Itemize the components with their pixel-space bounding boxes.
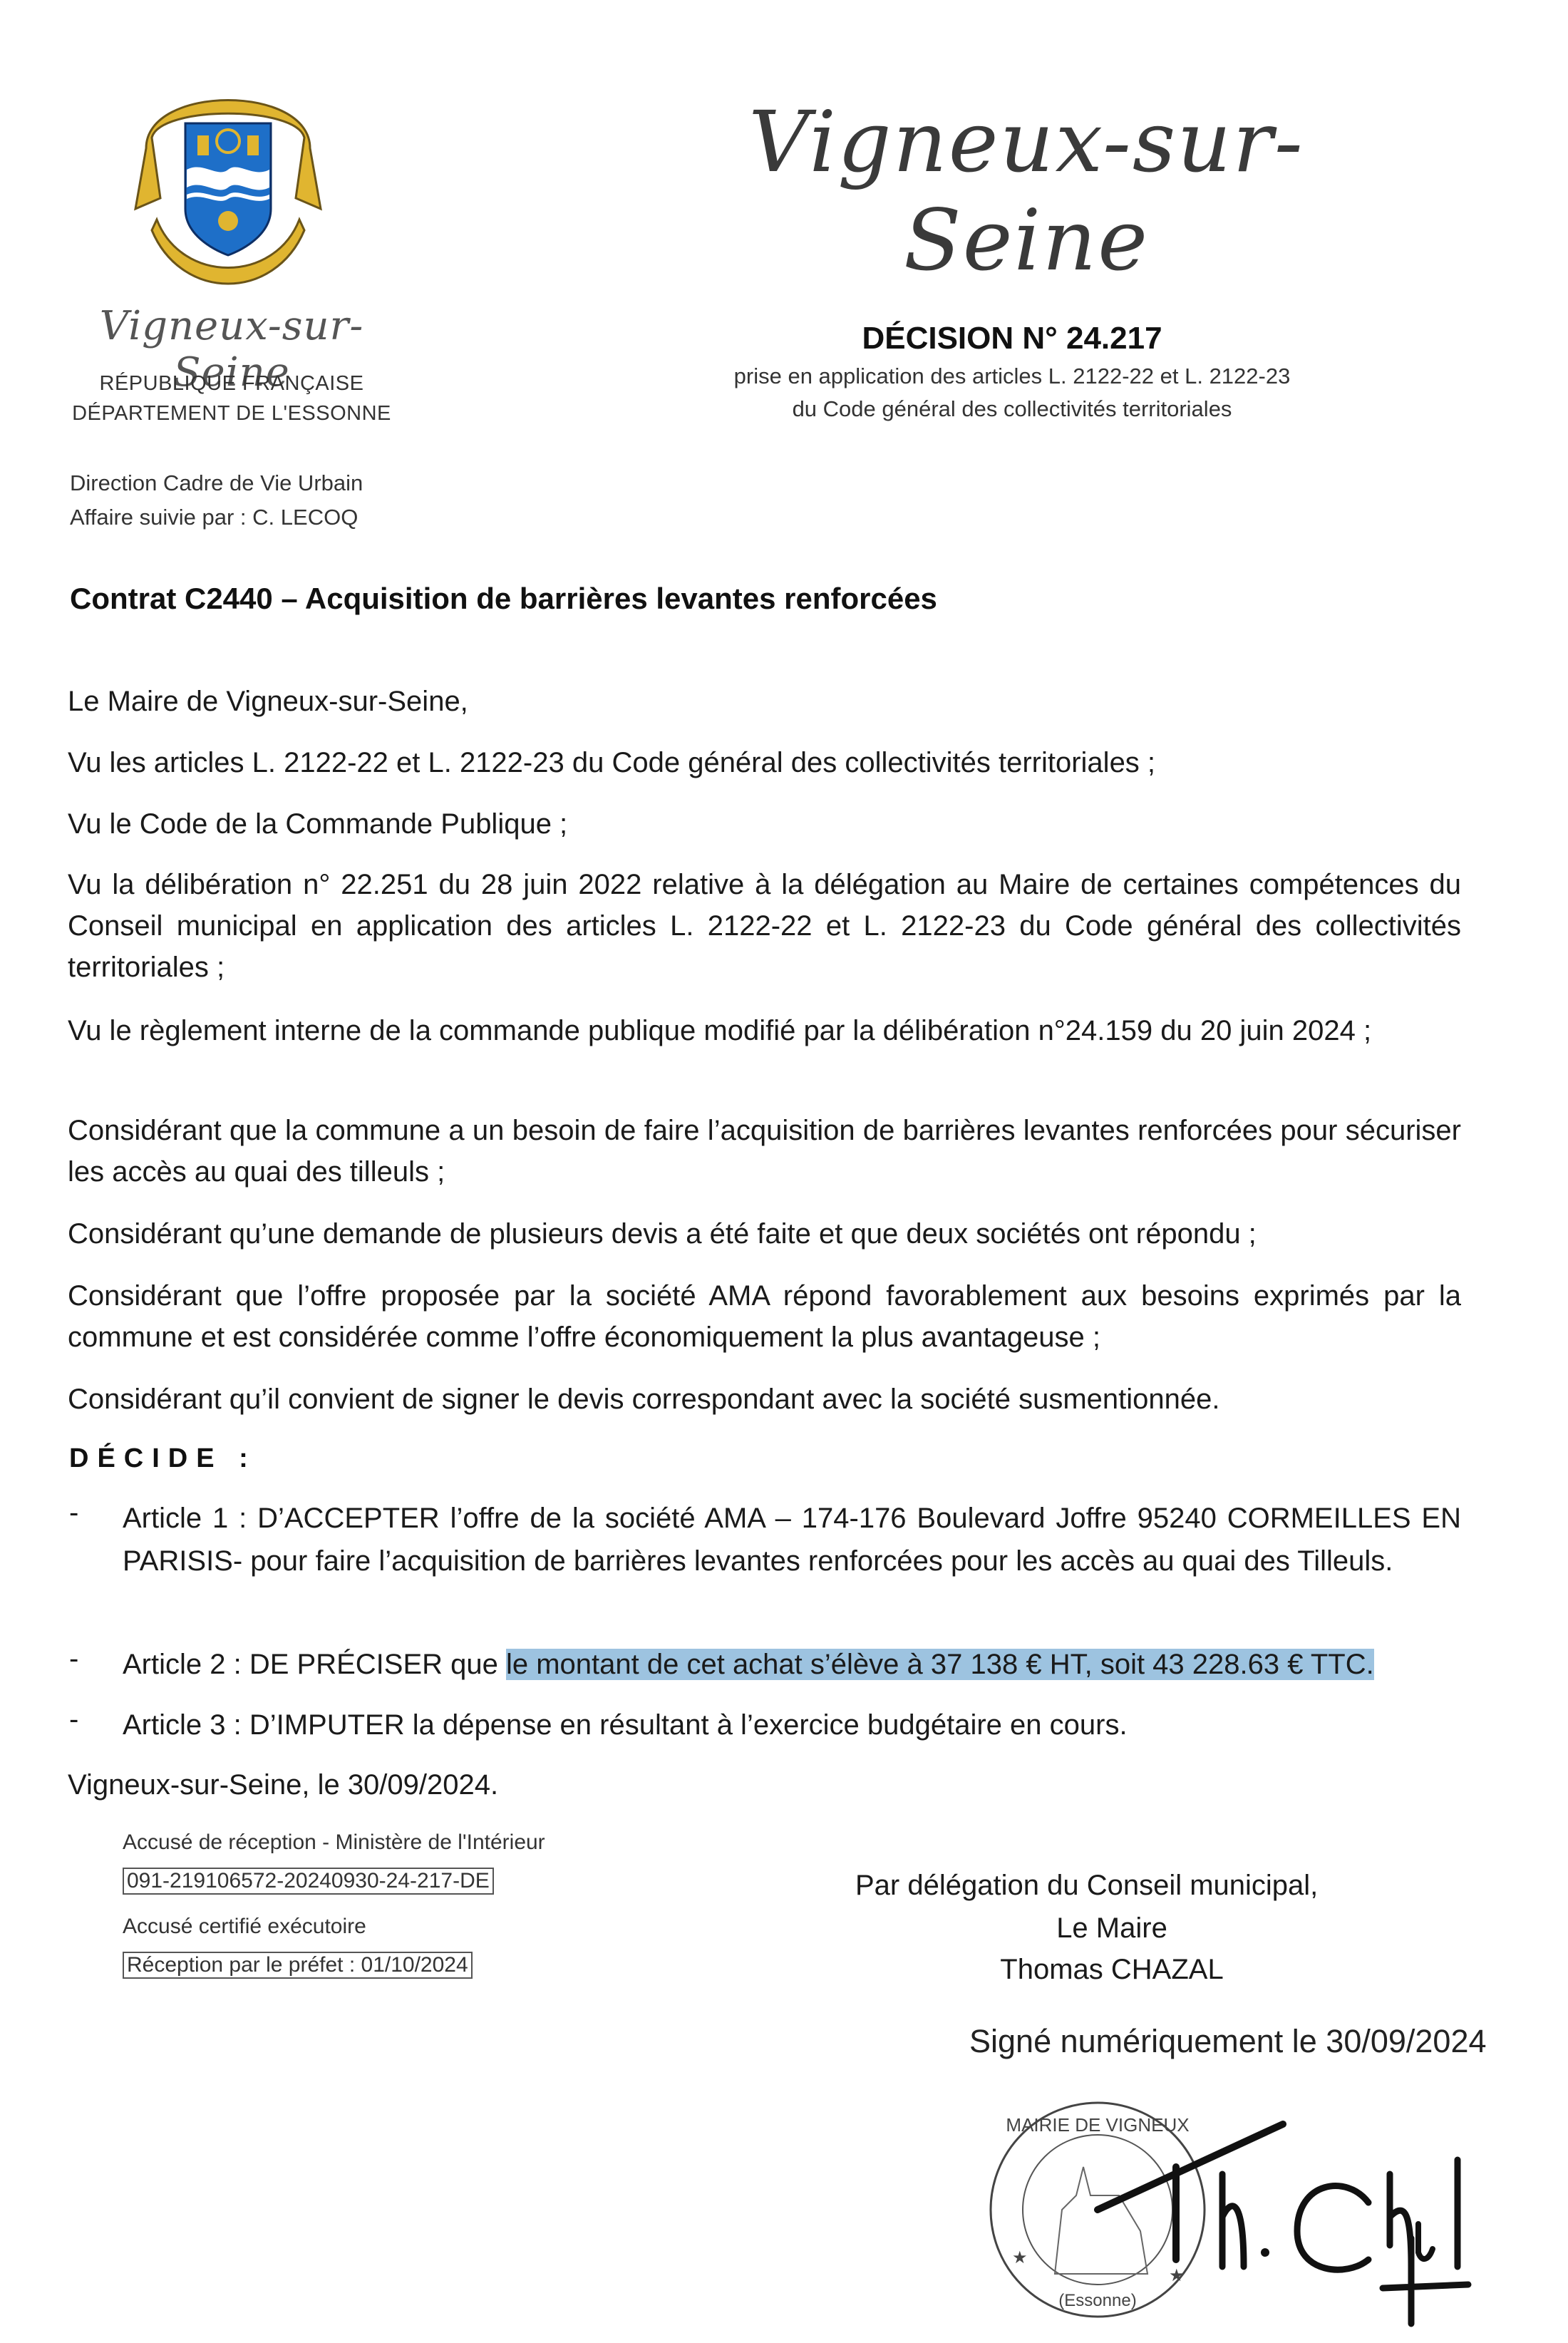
- delegation-label: Par délégation du Conseil municipal,: [820, 1864, 1568, 1907]
- article-1-bullet: -: [69, 1497, 78, 1529]
- vu-paragraph-2: Vu le Code de la Commande Publique ;: [68, 803, 1461, 845]
- article-1: Article 1 : D’ACCEPTER l’offre de la soc…: [123, 1497, 1461, 1582]
- department-label: DÉPARTEMENT DE L'ESSONNE: [43, 402, 421, 426]
- considerant-paragraph-3: Considérant que l’offre proposée par la …: [68, 1275, 1461, 1358]
- accuse-reception-label: Accusé de réception - Ministère de l'Int…: [123, 1830, 545, 1855]
- followed-by-label: Affaire suivie par : C. LECOQ: [70, 505, 358, 530]
- town-script-title: Vigneux-sur-Seine: [713, 93, 1340, 289]
- article-3-bullet: -: [69, 1704, 78, 1736]
- decision-subtitle-2: du Code général des collectivités territ…: [670, 396, 1354, 422]
- digital-signature-date: Signé numériquement le 30/09/2024: [969, 2023, 1487, 2060]
- article-2-bullet: -: [69, 1643, 78, 1675]
- article-3: Article 3 : D’IMPUTER la dépense en résu…: [123, 1704, 1461, 1746]
- decision-title: DÉCISION N° 24.217: [670, 321, 1354, 356]
- mayor-role: Le Maire: [791, 1907, 1433, 1950]
- direction-label: Direction Cadre de Vie Urbain: [70, 470, 363, 496]
- accuse-id: 091-219106572-20240930-24-217-DE: [123, 1868, 494, 1895]
- decision-subtitle-1: prise en application des articles L. 212…: [670, 364, 1354, 389]
- place-date: Vigneux-sur-Seine, le 30/09/2024.: [68, 1764, 1461, 1806]
- handwritten-signature-icon: [1069, 2096, 1482, 2331]
- article-2: Article 2 : DE PRÉCISER que le montant d…: [123, 1643, 1461, 1686]
- vu-paragraph-3: Vu la délibération n° 22.251 du 28 juin …: [68, 864, 1461, 988]
- coat-of-arms-icon: [118, 56, 339, 305]
- republic-label: RÉPUBLIQUE FRANÇAISE: [43, 372, 421, 396]
- prefect-reception: Réception par le préfet : 01/10/2024: [123, 1952, 473, 1979]
- article-2-text: Article 2 : DE PRÉCISER que: [123, 1649, 506, 1680]
- considerant-paragraph-4: Considérant qu’il convient de signer le …: [68, 1379, 1461, 1420]
- decide-heading: DÉCIDE :: [69, 1443, 257, 1474]
- vu-paragraph-1: Vu les articles L. 2122-22 et L. 2122-23…: [68, 742, 1461, 783]
- contract-title: Contrat C2440 – Acquisition de barrières…: [70, 582, 937, 616]
- vu-paragraph-4: Vu le règlement interne de la commande p…: [68, 1010, 1461, 1051]
- accuse-certified-label: Accusé certifié exécutoire: [123, 1915, 366, 1939]
- svg-text:★: ★: [1012, 2248, 1028, 2267]
- considerant-paragraph-2: Considérant qu’une demande de plusieurs …: [68, 1213, 1461, 1255]
- opening-line: Le Maire de Vigneux-sur-Seine,: [68, 681, 1461, 722]
- mayor-name: Thomas CHAZAL: [791, 1948, 1433, 1991]
- article-2-highlighted-amount: le montant de cet achat s’élève à 37 138…: [506, 1649, 1374, 1680]
- considerant-paragraph-1: Considérant que la commune a un besoin d…: [68, 1110, 1461, 1193]
